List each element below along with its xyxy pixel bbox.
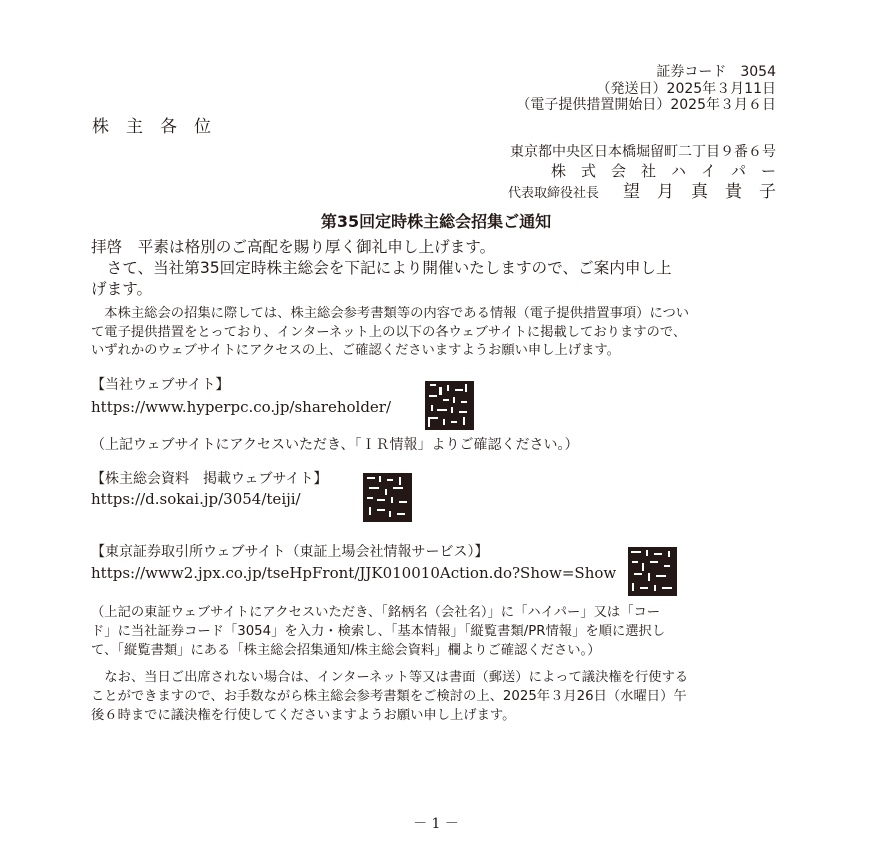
tse-note-line: て、「縦覧書類」にある「株主総会招集通知/株主総会資料」欄よりご確認ください。） bbox=[91, 641, 781, 660]
greeting-line: げます。 bbox=[91, 279, 781, 300]
notice-line: 本株主総会の招集に際しては、株主総会参考書類等の内容である情報（電子提供措置事項… bbox=[91, 305, 781, 324]
page-number: － 1 － bbox=[0, 815, 872, 833]
securities-code: 証券コード 3054 bbox=[656, 63, 776, 81]
representative-title: 代表取締役社長 bbox=[508, 185, 599, 203]
tse-website-label: 【東京証券取引所ウェブサイト（東証上場会社情報サービス）】 bbox=[91, 543, 488, 561]
voting-paragraph: なお、当日ご出席されない場合は、インターネット等又は書面（郵送）によって議決権を… bbox=[91, 668, 781, 725]
addressee: 株 主 各 位 bbox=[92, 116, 211, 138]
qr-code-icon bbox=[425, 381, 474, 430]
greeting-line: 拝啓 平素は格別のご高配を賜り厚く御礼申し上げます。 bbox=[91, 237, 781, 258]
voting-line: ことができますので、お手数ながら株主総会参考書類をご検討の上、2025年３月26… bbox=[91, 687, 781, 706]
tse-note-line: ド」に当社証券コード「3054」を入力・検索し、「基本情報」「縦覧書類/PR情報… bbox=[91, 622, 781, 641]
qr-code-icon bbox=[363, 473, 412, 522]
company-website-label: 【当社ウェブサイト】 bbox=[91, 376, 229, 394]
notice-paragraph: 本株主総会の招集に際しては、株主総会参考書類等の内容である情報（電子提供措置事項… bbox=[91, 305, 781, 361]
meeting-materials-website-label: 【株主総会資料 掲載ウェブサイト】 bbox=[91, 470, 327, 488]
voting-line: 後６時までに議決権を行使してくださいますようお願い申し上げます。 bbox=[91, 706, 781, 725]
qr-code-icon bbox=[628, 547, 677, 596]
voting-line: なお、当日ご出席されない場合は、インターネット等又は書面（郵送）によって議決権を… bbox=[91, 668, 781, 687]
e-provision-start-date: （電子提供措置開始日）2025年３月６日 bbox=[516, 96, 776, 114]
company-website-note: （上記ウェブサイトにアクセスいただき、「ＩＲ情報」よりご確認ください。） bbox=[91, 436, 578, 454]
tse-website-url[interactable]: https://www2.jpx.co.jp/tseHpFront/JJK010… bbox=[91, 564, 616, 583]
document-title: 第35回定時株主総会招集ご通知 bbox=[0, 211, 872, 233]
greeting-paragraph: 拝啓 平素は格別のご高配を賜り厚く御礼申し上げます。 さて、当社第35回定時株主… bbox=[91, 237, 781, 300]
notice-line: いずれかのウェブサイトにアクセスの上、ご確認くださいますようお願い申し上げます。 bbox=[91, 342, 781, 361]
representative-name: 望 月 真 貴 子 bbox=[623, 181, 776, 203]
notice-line: て電子提供措置をとっており、インターネット上の以下の各ウェブサイトに掲載しており… bbox=[91, 324, 781, 343]
greeting-line: さて、当社第35回定時株主総会を下記により開催いたしますので、ご案内申し上 bbox=[91, 258, 781, 279]
tse-note-line: （上記の東証ウェブサイトにアクセスいただき、「銘柄名（会社名）」に「ハイパー」又… bbox=[91, 603, 781, 622]
company-website-url[interactable]: https://www.hyperpc.co.jp/shareholder/ bbox=[91, 398, 391, 417]
tse-website-note: （上記の東証ウェブサイトにアクセスいただき、「銘柄名（会社名）」に「ハイパー」又… bbox=[91, 603, 781, 660]
company-address: 東京都中央区日本橋堀留町二丁目９番６号 bbox=[510, 143, 776, 161]
meeting-materials-website-url[interactable]: https://d.sokai.jp/3054/teiji/ bbox=[91, 490, 301, 509]
company-name: 株 式 会 社 ハ イ パ ー bbox=[551, 161, 776, 181]
